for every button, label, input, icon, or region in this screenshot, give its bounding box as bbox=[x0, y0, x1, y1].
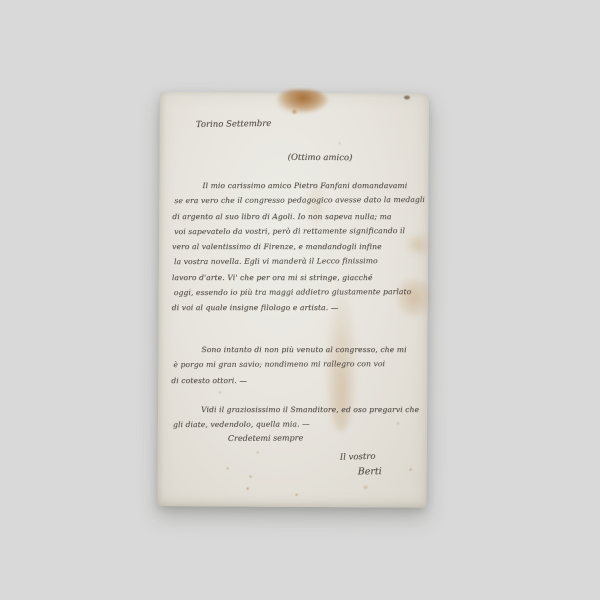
handwritten-line: di argento al suo libro di Agoli. Io non… bbox=[172, 209, 424, 224]
letter-paragraph-1: Il mio carissimo amico Pietro Fanfani do… bbox=[172, 178, 425, 317]
handwritten-line: è porgo mi gran savio; nondimeno mi rall… bbox=[173, 356, 423, 372]
photo-background: Torino Settembre (Ottimo amico) Il mio c… bbox=[0, 0, 600, 600]
letter-closing: Credetemi sempre bbox=[228, 433, 303, 443]
letter-salutation: (Ottimo amico) bbox=[288, 153, 353, 163]
signature-name: Berti bbox=[358, 466, 382, 477]
handwritten-text: Torino Settembre (Ottimo amico) Il mio c… bbox=[157, 92, 429, 508]
handwritten-line: oggi, essendo io più tra maggi addietro … bbox=[174, 284, 424, 300]
handwritten-line: Sono intanto di non più venuto al congre… bbox=[171, 342, 423, 357]
handwritten-line: la vostra novella. Egli vi manderà il Le… bbox=[174, 253, 424, 269]
handwritten-line: Vidi il graziosissimo il Smanditore, ed … bbox=[171, 402, 423, 417]
handwritten-line: se era vero che il congresso pedagogico … bbox=[174, 192, 424, 208]
letter-paper: Torino Settembre (Ottimo amico) Il mio c… bbox=[157, 92, 429, 508]
letter-paragraph-3: Vidi il graziosissimo il Smanditore, ed … bbox=[171, 402, 423, 434]
letter-dateline: Torino Settembre bbox=[196, 119, 272, 130]
letter-paragraph-2: Sono intanto di non più venuto al congre… bbox=[171, 342, 423, 389]
handwritten-line: di cotesto ottori. — bbox=[171, 373, 423, 388]
signature-valediction: Il vostro bbox=[340, 452, 376, 463]
handwritten-line: Il mio carissimo amico Pietro Fanfani do… bbox=[172, 178, 424, 193]
handwritten-line: gli diate, vedendolo, quella mia. — bbox=[173, 416, 423, 432]
handwritten-line: di voi al quale insigne filologo e artis… bbox=[172, 300, 424, 315]
handwritten-line: voi sapevatelo da vostri, però di rettam… bbox=[174, 223, 424, 239]
handwritten-line: lavoro d'arte. Vi' che per ora mi si str… bbox=[172, 270, 424, 285]
